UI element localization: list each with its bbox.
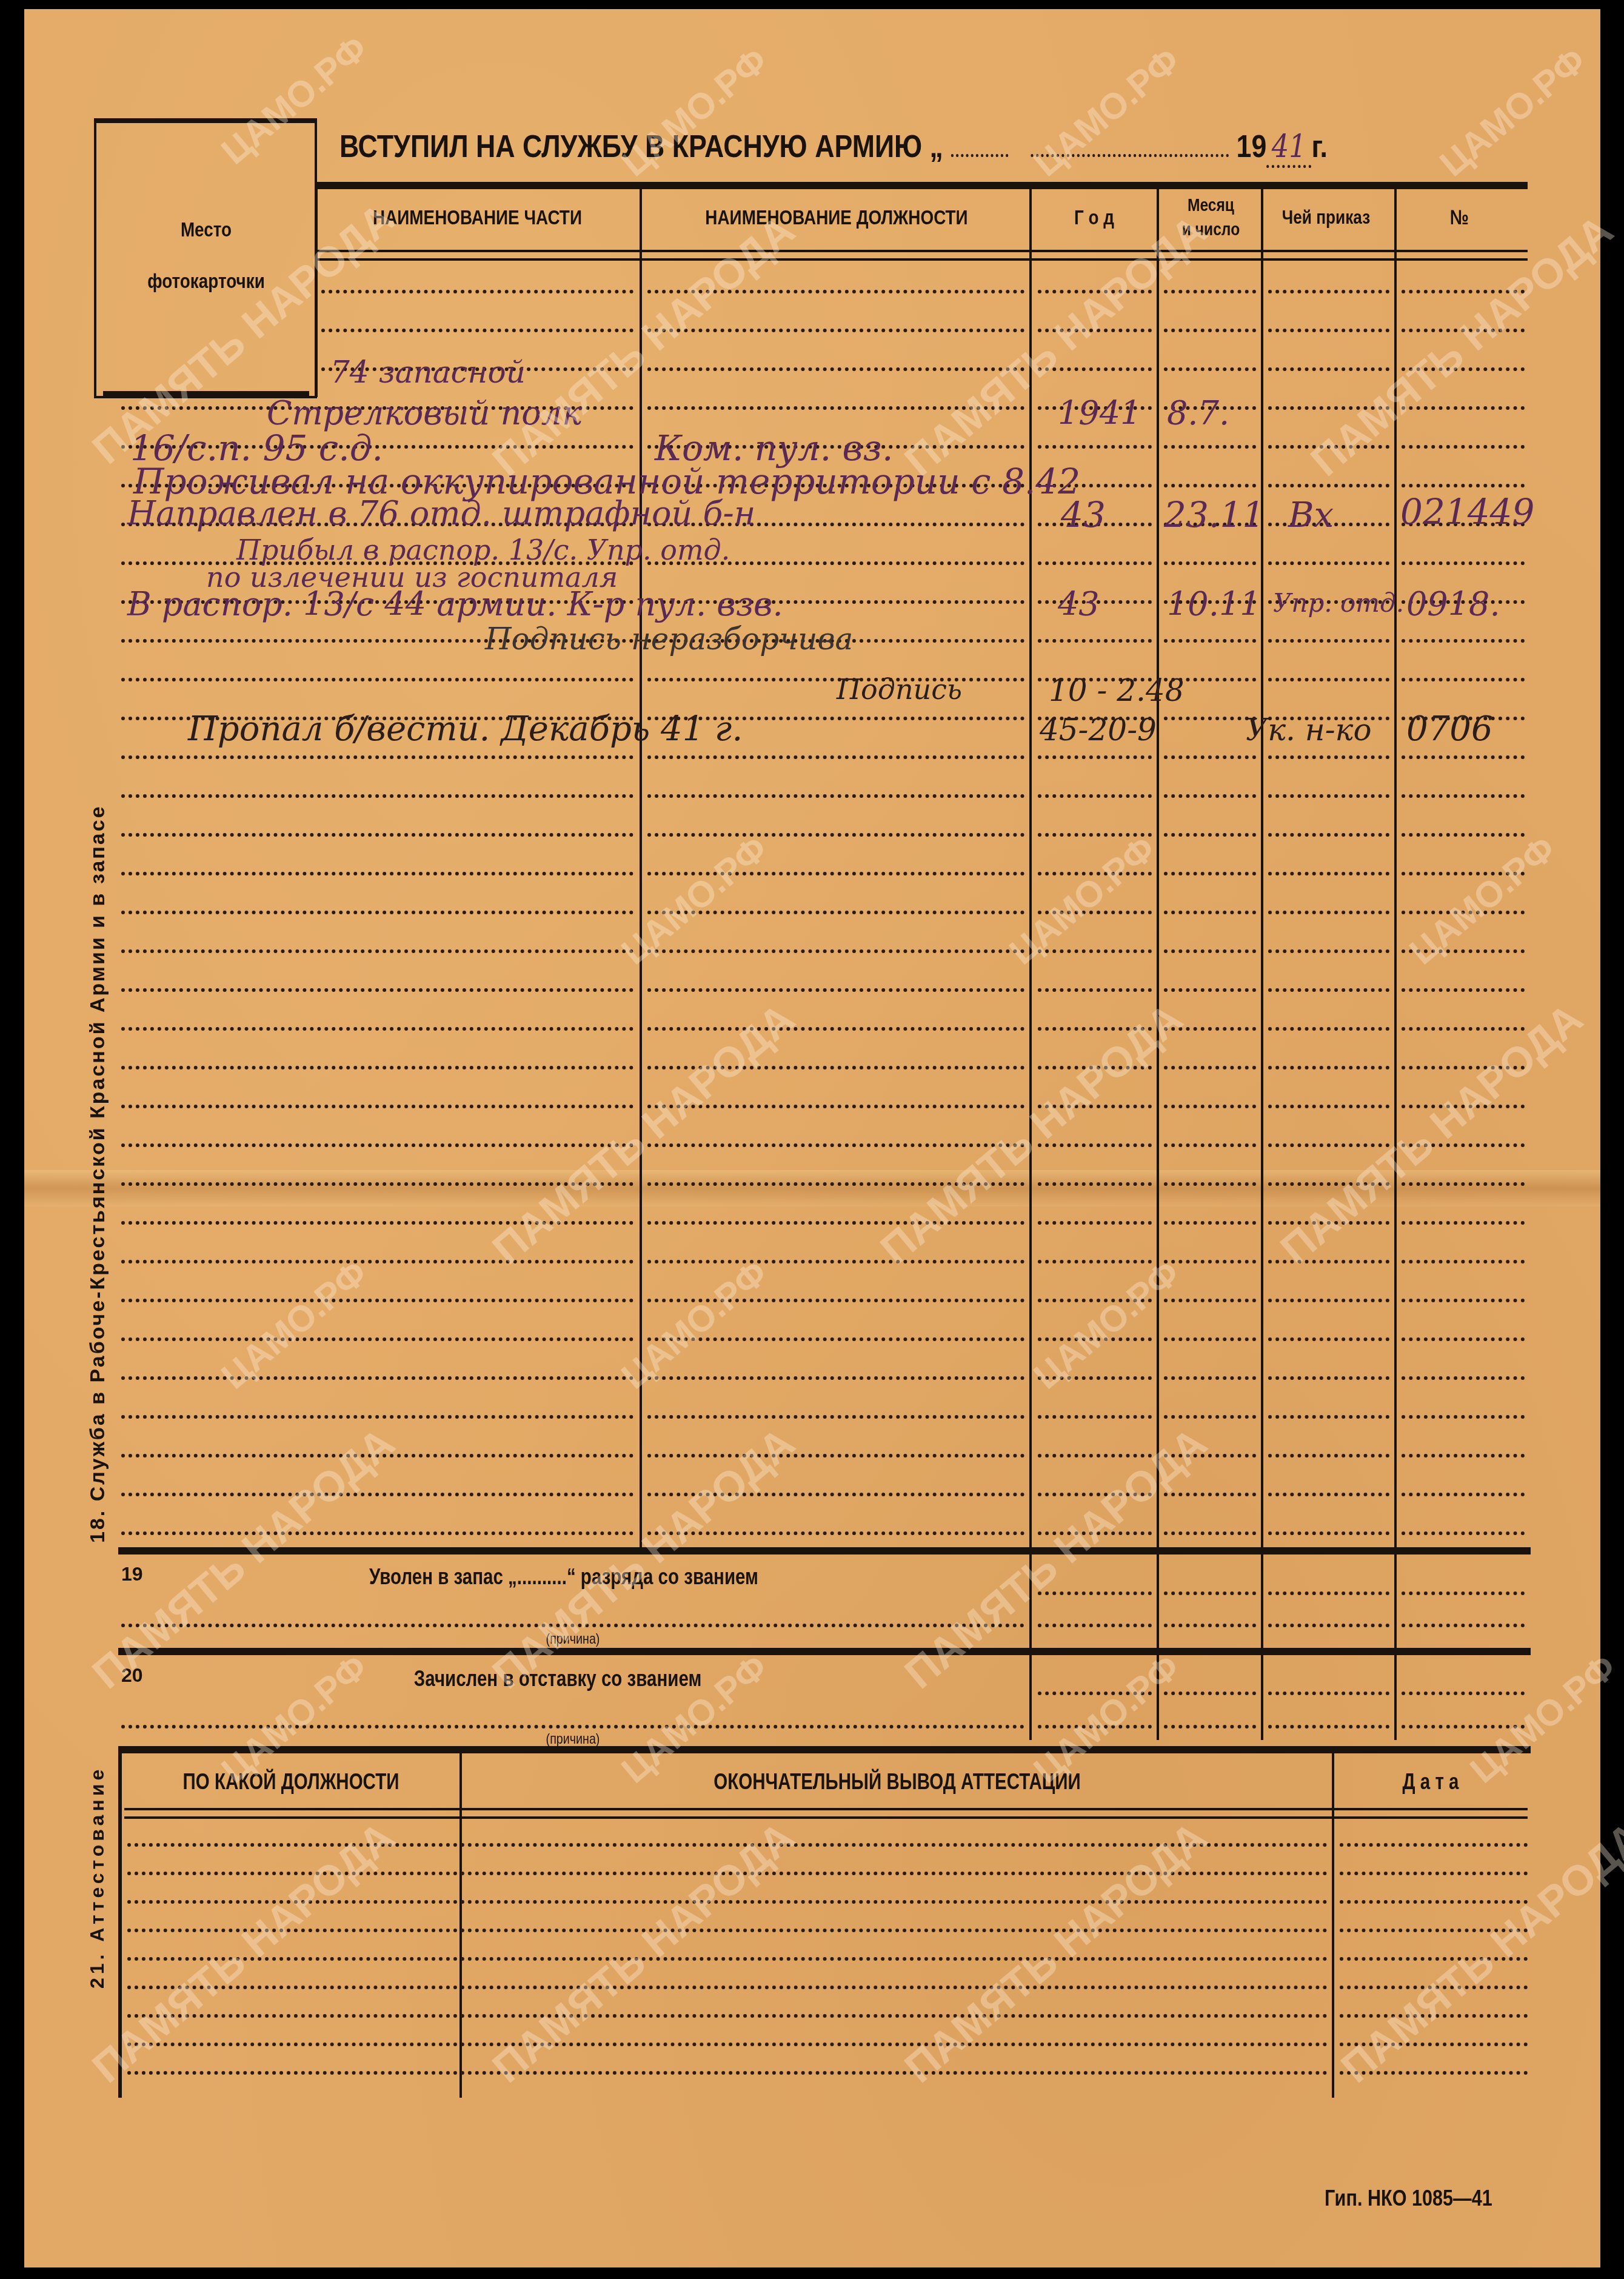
col-header-order: Чей приказ: [1270, 206, 1382, 229]
ruled-line: [1038, 1260, 1152, 1263]
ruled-line: [1268, 1221, 1389, 1225]
ruled-line: [1402, 1454, 1525, 1457]
hw-number-0706: 0706: [1406, 709, 1493, 749]
ruled-line: [1268, 949, 1389, 953]
ruled-line: [1164, 367, 1256, 371]
ruled-line: [1268, 1337, 1389, 1341]
ruled-line: [1402, 755, 1525, 759]
ruled-line: [1268, 406, 1389, 410]
ruled-line: [1038, 561, 1152, 565]
ruled-line: [1164, 1027, 1256, 1031]
hw-entry-44-army: В распор. 13/с 44 армии. К-р пул. взв.: [127, 585, 783, 623]
ruled-line: [647, 1182, 1024, 1186]
ruled-line: [127, 2071, 1328, 2075]
ruled-line: [1164, 1182, 1256, 1186]
col-header-position: НАИМЕНОВАНИЕ ДОЛЖНОСТИ: [678, 206, 996, 230]
ruled-line: [647, 1143, 1024, 1147]
ruled-line: [1164, 329, 1256, 332]
ruled-line: [1164, 1624, 1256, 1627]
print-mark: Гип. НКО 1085—41: [1325, 2186, 1492, 2211]
ruled-line: [647, 988, 1024, 992]
ruled-line: [1268, 290, 1389, 293]
col-divider-4: [1261, 185, 1263, 1549]
hw-date-23-11: 23.11: [1164, 494, 1265, 535]
ruled-line: [127, 2043, 1328, 2046]
ruled-line: [647, 1415, 1024, 1419]
ruled-line: [1038, 1725, 1152, 1728]
ruled-line: [1340, 1986, 1528, 1989]
ruled-line: [1164, 639, 1256, 643]
section-20-top-rule: [118, 1648, 1531, 1655]
col-divider-3: [1157, 185, 1159, 1549]
ruled-line: [121, 1105, 633, 1108]
ruled-line: [1402, 406, 1525, 410]
ruled-line: [1268, 561, 1389, 565]
ruled-line: [1268, 1143, 1389, 1147]
attestation-col-position: ПО КАКОЙ ДОЛЖНОСТИ: [152, 1769, 430, 1795]
ruled-line: [121, 1066, 633, 1069]
title-sep: [1015, 129, 1023, 164]
ruled-line: [121, 1415, 633, 1419]
ruled-line: [1038, 1027, 1152, 1031]
col-divider-2: [1029, 185, 1032, 1549]
ruled-line: [1268, 911, 1389, 914]
ruled-line: [121, 755, 633, 759]
side-label-section-18: 18. Служба в Рабоче-Крестьянской Красной…: [86, 805, 110, 1543]
ruled-line: [1268, 639, 1389, 643]
ruled-line: [1038, 1591, 1152, 1595]
ruled-line: [121, 1143, 633, 1147]
ruled-line: [1268, 1454, 1389, 1457]
section-19-20-divider: [1029, 1552, 1032, 1740]
ruled-line: [1038, 794, 1152, 798]
ruled-line: [1402, 1376, 1525, 1380]
ruled-line: [1268, 1105, 1389, 1108]
ruled-line: [127, 1872, 1328, 1875]
ruled-line: [1164, 717, 1256, 720]
col-header-part: НАИМЕНОВАНИЕ ЧАСТИ: [344, 206, 610, 230]
ruled-line: [321, 290, 633, 293]
title-quote: „: [930, 129, 943, 164]
section-19-reason-label: (причина): [501, 1631, 645, 1648]
title-year-suffix: г.: [1311, 129, 1328, 164]
ruled-line: [1164, 833, 1256, 837]
ruled-line: [121, 1260, 633, 1263]
section-20-reason-line: [121, 1725, 1024, 1728]
ruled-line: [1164, 1725, 1256, 1728]
ruled-line: [121, 678, 633, 681]
col-header-month-line2: и число: [1168, 219, 1255, 240]
section-20-text: Зачислен в отставку со званием: [359, 1666, 757, 1692]
ruled-line: [1402, 911, 1525, 914]
ruled-line: [1402, 1591, 1525, 1595]
title-text: ВСТУПИЛ НА СЛУЖБУ В КРАСНУЮ АРМИЮ: [339, 129, 922, 164]
ruled-line: [647, 833, 1024, 837]
ruled-line: [1038, 833, 1152, 837]
ruled-line: [121, 794, 633, 798]
s1920-col-4: [1261, 1552, 1263, 1740]
ruled-line: [1038, 329, 1152, 332]
ruled-line: [1340, 1843, 1528, 1847]
ruled-line: [1164, 949, 1256, 953]
ruled-line: [647, 1493, 1024, 1496]
ruled-line: [1268, 1299, 1389, 1302]
side-label-section-21: 21. Аттестование: [86, 1766, 109, 1989]
ruled-line: [1340, 2014, 1528, 2018]
ruled-line: [1268, 1624, 1389, 1627]
hw-year-43-b: 43: [1058, 585, 1100, 623]
hw-signature-1: Подпись неразборчива: [485, 621, 853, 657]
hw-date-10-11: 10.11: [1167, 585, 1261, 623]
section-19-top-rule: [118, 1547, 1531, 1554]
photo-right-border: [315, 185, 318, 397]
ruled-line: [1268, 1725, 1389, 1728]
ruled-line: [121, 872, 633, 875]
attestation-col-conclusion: ОКОНЧАТЕЛЬНЫЙ ВЫВОД АТТЕСТАЦИИ: [540, 1769, 1255, 1795]
ruled-line: [1164, 1454, 1256, 1457]
ruled-line: [647, 1299, 1024, 1302]
s1920-col-5: [1394, 1552, 1397, 1740]
col-header-month-line1: Месяц: [1168, 195, 1255, 216]
ruled-line: [1402, 561, 1525, 565]
ruled-line: [1402, 445, 1525, 449]
col-divider-5: [1394, 185, 1397, 1549]
ruled-line: [1164, 1299, 1256, 1302]
ruled-line: [1164, 1591, 1256, 1595]
ruled-line: [1164, 794, 1256, 798]
ruled-line: [1402, 872, 1525, 875]
ruled-line: [1164, 1531, 1256, 1535]
ruled-line: [1038, 1066, 1152, 1069]
ruled-line: [1268, 1692, 1389, 1695]
attestation-header-rule: [124, 1808, 1528, 1819]
ruled-line: [1038, 755, 1152, 759]
ruled-line: [1402, 1415, 1525, 1419]
hw-entry-missing: Пропал б/вести. Декабрь 41 г.: [188, 709, 743, 749]
ruled-line: [1038, 1692, 1152, 1695]
ruled-line: [1164, 561, 1256, 565]
ruled-line: [127, 2014, 1328, 2018]
hw-signature-2: Подпись: [837, 673, 962, 706]
ruled-line: [1038, 1531, 1152, 1535]
ruled-line: [1402, 1624, 1525, 1627]
ruled-line: [647, 1337, 1024, 1341]
section-20-number: 20: [121, 1664, 143, 1687]
photo-label-line1: Место: [114, 218, 298, 242]
section-19-reason-line: [121, 1624, 1024, 1627]
ruled-line: [1268, 484, 1389, 487]
ruled-line: [1164, 1260, 1256, 1263]
hw-order-vx: Вх: [1288, 494, 1334, 535]
hw-date-8-7: 8.7.: [1167, 394, 1229, 432]
section-20-reason-label: (причина): [501, 1731, 645, 1748]
hw-order-uk-nko: Ук. н-ко: [1246, 712, 1372, 748]
ruled-line: [1164, 872, 1256, 875]
title-day-blank: [951, 154, 1008, 157]
ruled-line: [1268, 367, 1389, 371]
ruled-line: [1038, 445, 1152, 449]
ruled-line: [647, 949, 1024, 953]
ruled-line: [647, 1454, 1024, 1457]
s1920-col-3: [1157, 1552, 1159, 1740]
ruled-line: [1268, 1027, 1389, 1031]
ruled-line: [647, 678, 1024, 681]
form-title: ВСТУПИЛ НА СЛУЖБУ В КРАСНУЮ АРМИЮ „ 1941…: [339, 129, 1328, 165]
attestation-left-rule: [118, 1752, 122, 2098]
ruled-line: [321, 329, 633, 332]
ruled-line: [1340, 1872, 1528, 1875]
ruled-line: [127, 1843, 1328, 1847]
ruled-line: [647, 290, 1024, 293]
ruled-line: [1038, 1105, 1152, 1108]
ruled-line: [1402, 1299, 1525, 1302]
hw-entry-rifle-regiment: Стрелковый полк: [267, 394, 581, 432]
ruled-line: [1038, 1624, 1152, 1627]
attestation-col-date: Д а т а: [1351, 1769, 1510, 1795]
ruled-line: [1164, 1493, 1256, 1496]
ruled-line: [1268, 329, 1389, 332]
title-year-prefix: 19: [1237, 129, 1267, 164]
ruled-line: [1268, 794, 1389, 798]
ruled-line: [1164, 911, 1256, 914]
ruled-line: [1402, 833, 1525, 837]
ruled-line: [1038, 1415, 1152, 1419]
ruled-line: [1164, 1143, 1256, 1147]
ruled-line: [121, 949, 633, 953]
title-month-blank: [1031, 154, 1229, 157]
ruled-line: [1038, 1299, 1152, 1302]
ruled-line: [1340, 1900, 1528, 1904]
ruled-line: [121, 911, 633, 914]
ruled-line: [1268, 1531, 1389, 1535]
ruled-line: [1038, 872, 1152, 875]
ruled-line: [1164, 445, 1256, 449]
ruled-line: [127, 1929, 1328, 1932]
ruled-line: [1164, 1066, 1256, 1069]
ruled-line: [1340, 1957, 1528, 1961]
ruled-line: [647, 406, 1024, 410]
ruled-line: [1402, 1531, 1525, 1535]
ruled-line: [1402, 1105, 1525, 1108]
ruled-line: [1164, 1337, 1256, 1341]
hw-year-43-a: 43: [1061, 494, 1106, 535]
ruled-line: [1038, 1493, 1152, 1496]
col-header-number: №: [1406, 206, 1512, 230]
col-divider-1: [640, 185, 642, 1549]
ruled-line: [1268, 1260, 1389, 1263]
ruled-line: [121, 988, 633, 992]
table-header-rule: [315, 250, 1528, 261]
attestation-top-rule: [118, 1746, 1531, 1753]
attestation-col-divider-2: [1332, 1752, 1334, 2098]
ruled-line: [1164, 484, 1256, 487]
ruled-line: [121, 1182, 633, 1186]
ruled-line: [647, 1376, 1024, 1380]
ruled-line: [1402, 1337, 1525, 1341]
ruled-line: [647, 1221, 1024, 1225]
ruled-line: [1402, 1493, 1525, 1496]
ruled-line: [1402, 1221, 1525, 1225]
ruled-line: [1268, 1415, 1389, 1419]
ruled-line: [1402, 1725, 1525, 1728]
ruled-line: [1340, 2043, 1528, 2046]
ruled-line: [1268, 1182, 1389, 1186]
ruled-line: [1164, 1692, 1256, 1695]
ruled-line: [1164, 1221, 1256, 1225]
ruled-line: [1402, 1692, 1525, 1695]
ruled-line: [1268, 988, 1389, 992]
ruled-line: [647, 1027, 1024, 1031]
ruled-line: [1038, 988, 1152, 992]
ruled-line: [647, 755, 1024, 759]
ruled-line: [1164, 1376, 1256, 1380]
hw-year-1941: 1941: [1058, 394, 1141, 432]
hw-entry-penal-battalion: Направлен в 76 отд. штрафной б-н: [127, 494, 755, 532]
ruled-line: [1038, 1221, 1152, 1225]
ruled-line: [1268, 678, 1389, 681]
ruled-line: [1038, 639, 1152, 643]
ruled-line: [121, 1454, 633, 1457]
ruled-line: [121, 1299, 633, 1302]
ruled-line: [1268, 833, 1389, 837]
ruled-line: [1038, 1376, 1152, 1380]
ruled-line: [1038, 367, 1152, 371]
paper-fold: [24, 1170, 1600, 1206]
ruled-line: [1402, 1027, 1525, 1031]
ruled-line: [1340, 1929, 1528, 1932]
ruled-line: [121, 1337, 633, 1341]
ruled-line: [121, 1221, 633, 1225]
ruled-line: [1164, 988, 1256, 992]
hw-number-021449: 021449: [1400, 491, 1534, 532]
ruled-line: [647, 1531, 1024, 1535]
ruled-line: [1038, 911, 1152, 914]
ruled-line: [1402, 1182, 1525, 1186]
ruled-line: [1402, 949, 1525, 953]
ruled-line: [121, 833, 633, 837]
ruled-line: [121, 1027, 633, 1031]
hw-date-10-248: 10 - 2.48: [1049, 673, 1185, 708]
ruled-line: [1038, 1337, 1152, 1341]
ruled-line: [1164, 1105, 1256, 1108]
section-19-number: 19: [121, 1563, 143, 1585]
ruled-line: [1402, 794, 1525, 798]
ruled-line: [127, 1957, 1328, 1961]
ruled-line: [1038, 1143, 1152, 1147]
ruled-line: [1268, 872, 1389, 875]
hw-order-upr-otd: Упр. отд.: [1273, 588, 1404, 618]
ruled-line: [1402, 1260, 1525, 1263]
ruled-line: [1402, 1066, 1525, 1069]
ruled-line: [1268, 1493, 1389, 1496]
photo-placeholder-box: [94, 118, 317, 398]
ruled-line: [647, 1066, 1024, 1069]
ruled-line: [1402, 639, 1525, 643]
hw-number-0918: 0918.: [1406, 585, 1500, 623]
ruled-line: [1402, 988, 1525, 992]
hw-date-45-20-9: 45-20-9: [1040, 712, 1157, 748]
ruled-line: [1038, 1182, 1152, 1186]
ruled-line: [121, 1376, 633, 1380]
ruled-line: [1268, 445, 1389, 449]
ruled-line: [127, 1900, 1328, 1904]
ruled-line: [647, 794, 1024, 798]
ruled-line: [1164, 290, 1256, 293]
ruled-line: [1268, 1376, 1389, 1380]
ruled-line: [1340, 2071, 1528, 2075]
ruled-line: [1038, 1454, 1152, 1457]
ruled-line: [1402, 329, 1525, 332]
ruled-line: [647, 1260, 1024, 1263]
ruled-line: [1268, 755, 1389, 759]
ruled-line: [1164, 1415, 1256, 1419]
ruled-line: [647, 1105, 1024, 1108]
section-19-text: Уволен в запас „..........“ разряда со з…: [315, 1564, 812, 1590]
ruled-line: [647, 329, 1024, 332]
photo-label-line2: фотокарточки: [114, 270, 298, 293]
ruled-line: [1268, 1591, 1389, 1595]
ruled-line: [1402, 1143, 1525, 1147]
ruled-line: [1164, 755, 1256, 759]
ruled-line: [647, 911, 1024, 914]
ruled-line: [1402, 290, 1525, 293]
hw-entry-74-reserve: 74 запасной: [330, 355, 526, 390]
table-top-rule: [315, 182, 1528, 189]
ruled-line: [121, 1493, 633, 1496]
title-year-handwritten: 41: [1266, 129, 1311, 168]
ruled-line: [647, 872, 1024, 875]
ruled-line: [1038, 949, 1152, 953]
ruled-line: [1038, 290, 1152, 293]
ruled-line: [1268, 1066, 1389, 1069]
col-header-year: Г о д: [1042, 206, 1146, 230]
ruled-line: [121, 1531, 633, 1535]
ruled-line: [1402, 367, 1525, 371]
ruled-line: [1402, 678, 1525, 681]
ruled-line: [1402, 484, 1525, 487]
ruled-line: [647, 367, 1024, 371]
ruled-line: [127, 1986, 1328, 1989]
